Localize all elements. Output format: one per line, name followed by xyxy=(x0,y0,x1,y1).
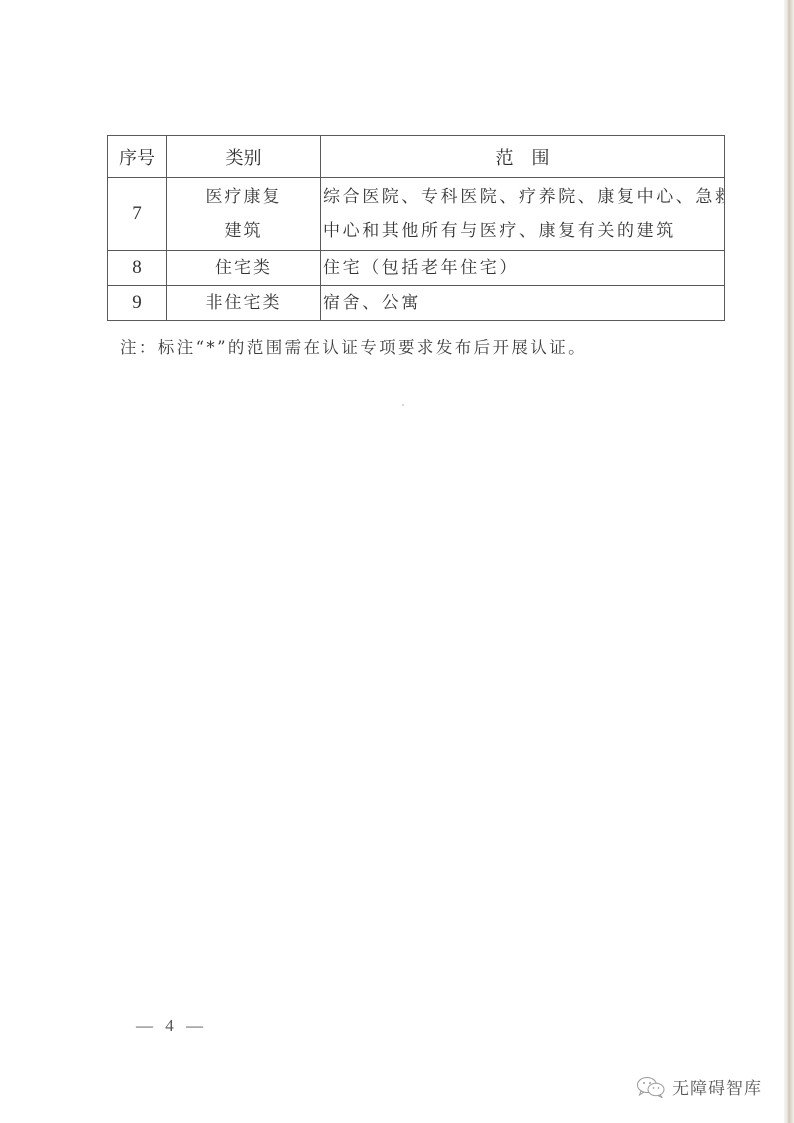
row-number: 7 xyxy=(108,178,167,251)
row-scope: 住宅（包括老年住宅） xyxy=(321,251,725,286)
scope-line: 宿舍、公寓 xyxy=(323,286,724,320)
table-note: 注：标注“*”的范围需在认证专项要求发布后开展认证。 xyxy=(120,334,587,358)
watermark: 无障碍智库 xyxy=(636,1074,762,1099)
category-line: 医疗康复 xyxy=(167,180,320,214)
row-scope: 综合医院、专科医院、疗养院、康复中心、急救 中心和其他所有与医疗、康复有关的建筑 xyxy=(321,178,725,251)
row-number: 8 xyxy=(108,251,167,286)
category-line: 建筑 xyxy=(167,214,320,248)
header-scope: 范围 xyxy=(321,136,725,178)
header-category: 类别 xyxy=(167,136,321,178)
table-header-row: 序号 类别 范围 xyxy=(108,136,725,178)
scope-table: 序号 类别 范围 7 医疗康复 建筑 综合医院、专科医院、疗养院、康复中心、急救… xyxy=(107,135,725,321)
table-row: 9 非住宅类 宿舍、公寓 xyxy=(108,286,725,321)
table-row: 8 住宅类 住宅（包括老年住宅） xyxy=(108,251,725,286)
scope-line: 住宅（包括老年住宅） xyxy=(323,251,724,285)
row-scope: 宿舍、公寓 xyxy=(321,286,725,321)
watermark-text: 无障碍智库 xyxy=(672,1074,762,1099)
row-category: 医疗康复 建筑 xyxy=(167,178,321,251)
header-scope-label: 范围 xyxy=(496,148,568,169)
header-no: 序号 xyxy=(108,136,167,178)
row-number: 9 xyxy=(108,286,167,321)
wechat-icon xyxy=(636,1076,666,1098)
page-number: — 4 — xyxy=(136,1016,207,1036)
table-row: 7 医疗康复 建筑 综合医院、专科医院、疗养院、康复中心、急救 中心和其他所有与… xyxy=(108,178,725,251)
scope-line: 综合医院、专科医院、疗养院、康复中心、急救 xyxy=(323,180,724,214)
scope-line: 中心和其他所有与医疗、康复有关的建筑 xyxy=(323,214,724,248)
category-line: 住宅类 xyxy=(167,251,320,285)
category-line: 非住宅类 xyxy=(167,286,320,320)
row-category: 非住宅类 xyxy=(167,286,321,321)
row-category: 住宅类 xyxy=(167,251,321,286)
scan-speck xyxy=(402,404,404,406)
scan-edge xyxy=(784,0,794,1123)
